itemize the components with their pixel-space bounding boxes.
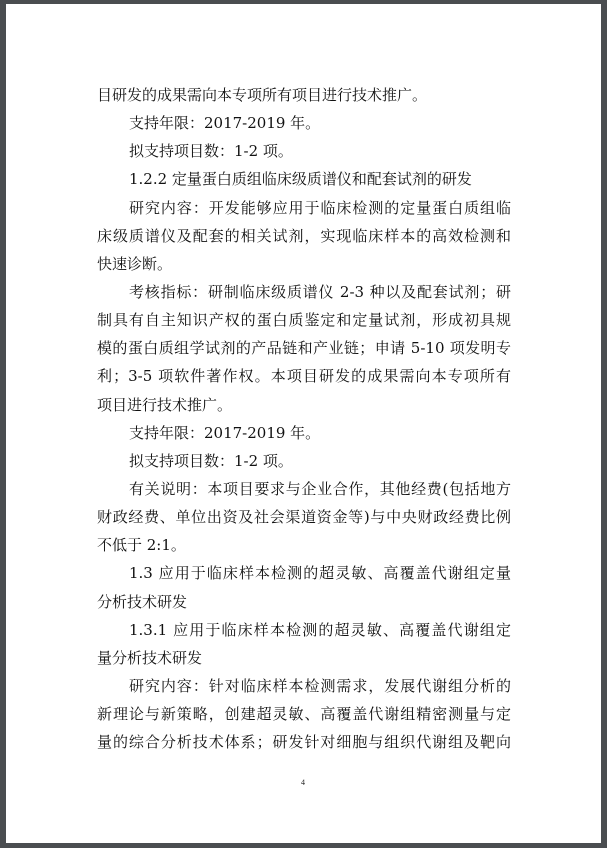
text-line: 考核指标：研制临床级质谱仪 2-3 种以及配套试剂；研 [97,278,511,306]
section-heading-1-3-cont: 分析技术研发 [97,588,511,616]
text-line: 支持年限：2017-2019 年。 [97,109,511,137]
section-heading-1-3-1: 1.3.1 应用于临床样本检测的超灵敏、高覆盖代谢组定 [97,616,511,644]
text-line: 拟支持项目数：1-2 项。 [97,137,511,165]
document-page: 目研发的成果需向本专项所有项目进行技术推广。 支持年限：2017-2019 年。… [6,4,601,843]
section-heading-1-3-1-cont: 量分析技术研发 [97,644,511,672]
text-line: 模的蛋白质组学试剂的产品链和产业链；申请 5-10 项发明专 [97,334,511,362]
page-number: 4 [299,778,307,787]
text-line: 有关说明：本项目要求与企业合作，其他经费(包括地方 [97,475,511,503]
section-heading-1-3: 1.3 应用于临床样本检测的超灵敏、高覆盖代谢组定量 [97,559,511,587]
section-heading-1-2-2: 1.2.2 定量蛋白质组临床级质谱仪和配套试剂的研发 [97,165,511,193]
text-line: 项目进行技术推广。 [97,391,511,419]
text-line: 研究内容：针对临床样本检测需求，发展代谢组分析的 [97,672,511,700]
text-line: 目研发的成果需向本专项所有项目进行技术推广。 [97,81,511,109]
text-line: 财政经费、单位出资及社会渠道资金等)与中央财政经费比例 [97,503,511,531]
text-line: 快速诊断。 [97,250,511,278]
text-line: 不低于 2:1。 [97,531,511,559]
text-line: 新理论与新策略，创建超灵敏、高覆盖代谢组精密测量与定 [97,700,511,728]
text-line: 制具有自主知识产权的蛋白质鉴定和定量试剂，形成初具规 [97,306,511,334]
text-line: 利；3-5 项软件著作权。本项目研发的成果需向本专项所有 [97,362,511,390]
text-line: 床级质谱仪及配套的相关试剂，实现临床样本的高效检测和 [97,222,511,250]
body-text: 目研发的成果需向本专项所有项目进行技术推广。 支持年限：2017-2019 年。… [97,81,511,756]
text-line: 拟支持项目数：1-2 项。 [97,447,511,475]
text-line: 研究内容：开发能够应用于临床检测的定量蛋白质组临 [97,194,511,222]
text-line: 支持年限：2017-2019 年。 [97,419,511,447]
text-line: 量的综合分析技术体系；研发针对细胞与组织代谢组及靶向 [97,728,511,756]
